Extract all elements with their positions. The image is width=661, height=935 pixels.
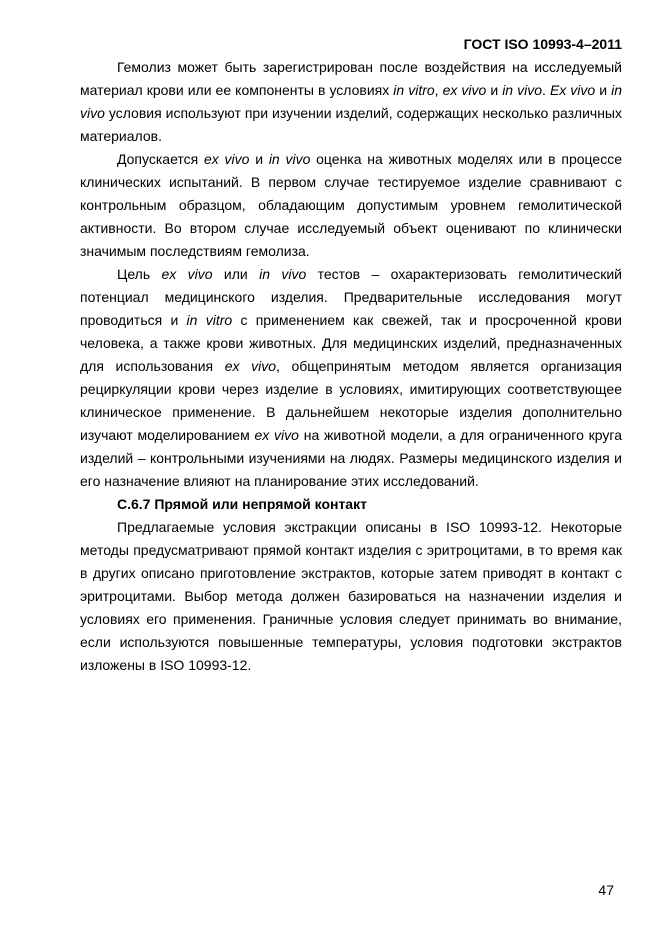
text-segment: ex vivo: [162, 266, 213, 282]
text-segment: .: [542, 82, 550, 98]
text-segment: ex vivo: [443, 82, 487, 98]
page-number: 47: [598, 882, 614, 898]
text-segment: ex vivo: [225, 358, 276, 374]
paragraph: Допускается ex vivo и in vivo оценка на …: [80, 148, 622, 263]
text-segment: С.6.7 Прямой или непрямой контакт: [117, 496, 367, 512]
text-segment: ex vivo: [255, 427, 299, 443]
text-segment: и: [486, 82, 502, 98]
text-segment: или: [213, 266, 260, 282]
document-page: ГОСТ ISO 10993-4–2011 Гемолиз может быть…: [0, 0, 661, 935]
text-segment: in vivo: [269, 151, 311, 167]
text-segment: in vivo: [259, 266, 306, 282]
text-segment: Ex vivo: [550, 82, 595, 98]
text-segment: Предлагаемые условия экстракции описаны …: [80, 519, 622, 673]
paragraph: Гемолиз может быть зарегистрирован после…: [80, 56, 622, 148]
page-header: ГОСТ ISO 10993-4–2011: [80, 33, 622, 56]
paragraph: Предлагаемые условия экстракции описаны …: [80, 516, 622, 677]
document-code: ГОСТ ISO 10993-4–2011: [464, 36, 622, 52]
text-segment: Цель: [117, 266, 162, 282]
text-segment: in vitro: [393, 82, 434, 98]
text-segment: и: [249, 151, 268, 167]
text-segment: Допускается: [117, 151, 204, 167]
text-segment: in vitro: [187, 312, 233, 328]
page-footer: 47: [598, 879, 614, 902]
text-segment: in vivo: [502, 82, 542, 98]
document-body: Гемолиз может быть зарегистрирован после…: [80, 56, 622, 677]
text-segment: условия используют при изучении изделий,…: [80, 105, 622, 144]
text-segment: ,: [435, 82, 443, 98]
text-segment: и: [595, 82, 611, 98]
paragraph: Цель ex vivo или in vivo тестов – охарак…: [80, 263, 622, 493]
section-heading: С.6.7 Прямой или непрямой контакт: [80, 493, 622, 516]
text-segment: оценка на животных моделях или в процесс…: [80, 151, 622, 259]
text-segment: ex vivo: [204, 151, 249, 167]
